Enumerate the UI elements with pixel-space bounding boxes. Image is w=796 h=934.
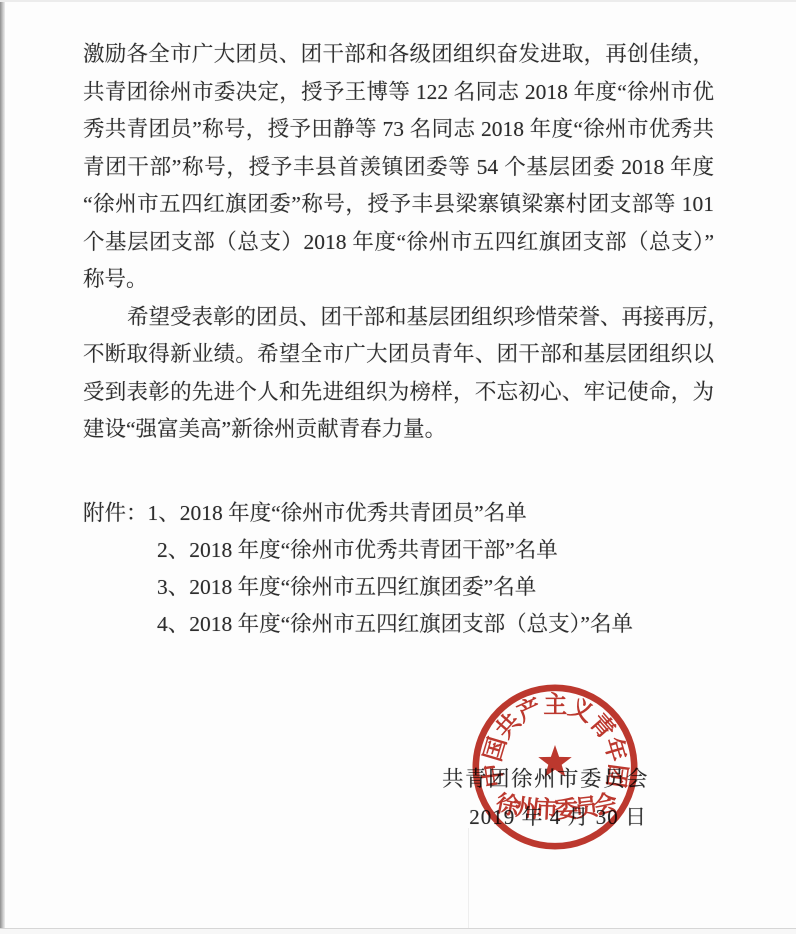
star-icon: [538, 745, 571, 777]
body-line: “徐州市五四红旗团委”称号，授予丰县梁寨镇梁寨村团支部等 101: [83, 186, 714, 224]
body-line: 秀共青团员”称号，授予田静等 73 名同志 2018 年度“徐州市优秀共: [83, 111, 714, 149]
body-line: 个基层团支部（总支）2018 年度“徐州市五四红旗团支部（总支）”: [83, 224, 714, 262]
body-line: 建设“强富美高”新徐州贡献青春力量。: [83, 411, 714, 449]
seal-inner-text: 徐州市委员会: [494, 788, 620, 824]
scan-edge-top: [0, 0, 796, 2]
body-line: 青团干部”称号，授予丰县首羡镇团委等 54 个基层团委 2018 年度: [83, 149, 714, 187]
seal-graphic: 中国共产主义青年团 徐州市委员会: [467, 679, 643, 855]
attachments-label: 附件：: [83, 501, 148, 525]
official-red-seal: 中国共产主义青年团 徐州市委员会: [467, 679, 643, 855]
attachments-list: 附件：1、2018 年度“徐州市优秀共青团员”名单 2、2018 年度“徐州市优…: [83, 495, 714, 643]
attachment-item: 4、2018 年度“徐州市五四红旗团支部（总支）”名单: [157, 606, 714, 643]
attachment-item: 2、2018 年度“徐州市优秀共青团干部”名单: [157, 532, 714, 569]
attachment-item: 3、2018 年度“徐州市五四红旗团委”名单: [157, 569, 714, 606]
seal-inner-textpath: 徐州市委员会: [494, 788, 620, 824]
attachment-item: 附件：1、2018 年度“徐州市优秀共青团员”名单: [83, 495, 714, 532]
scanned-document-page: 激励各全市广大团员、团干部和各级团组织奋发进取，再创佳绩， 共青团徐州市委决定，…: [0, 0, 796, 934]
body-line: 受到表彰的先进个人和先进组织为榜样，不忘初心、牢记使命，为: [83, 374, 714, 412]
body-line: 希望受表彰的团员、团干部和基层团组织珍惜荣誉、再接再厉，: [83, 299, 714, 337]
scan-crease-line: [468, 828, 469, 928]
body-line: 共青团徐州市委决定，授予王博等 122 名同志 2018 年度“徐州市优: [83, 74, 714, 112]
body-line: 称号。: [83, 261, 714, 299]
body-line: 激励各全市广大团员、团干部和各级团组织奋发进取，再创佳绩，: [83, 36, 714, 74]
scan-edge-bottom: [0, 928, 796, 934]
attachment-item-text: 1、2018 年度“徐州市优秀共青团员”名单: [148, 501, 527, 525]
document-body: 激励各全市广大团员、团干部和各级团组织奋发进取，再创佳绩， 共青团徐州市委决定，…: [83, 36, 714, 643]
body-line: 不断取得新业绩。希望全市广大团员青年、团干部和基层团组织以: [83, 336, 714, 374]
scan-edge-left: [0, 0, 5, 934]
